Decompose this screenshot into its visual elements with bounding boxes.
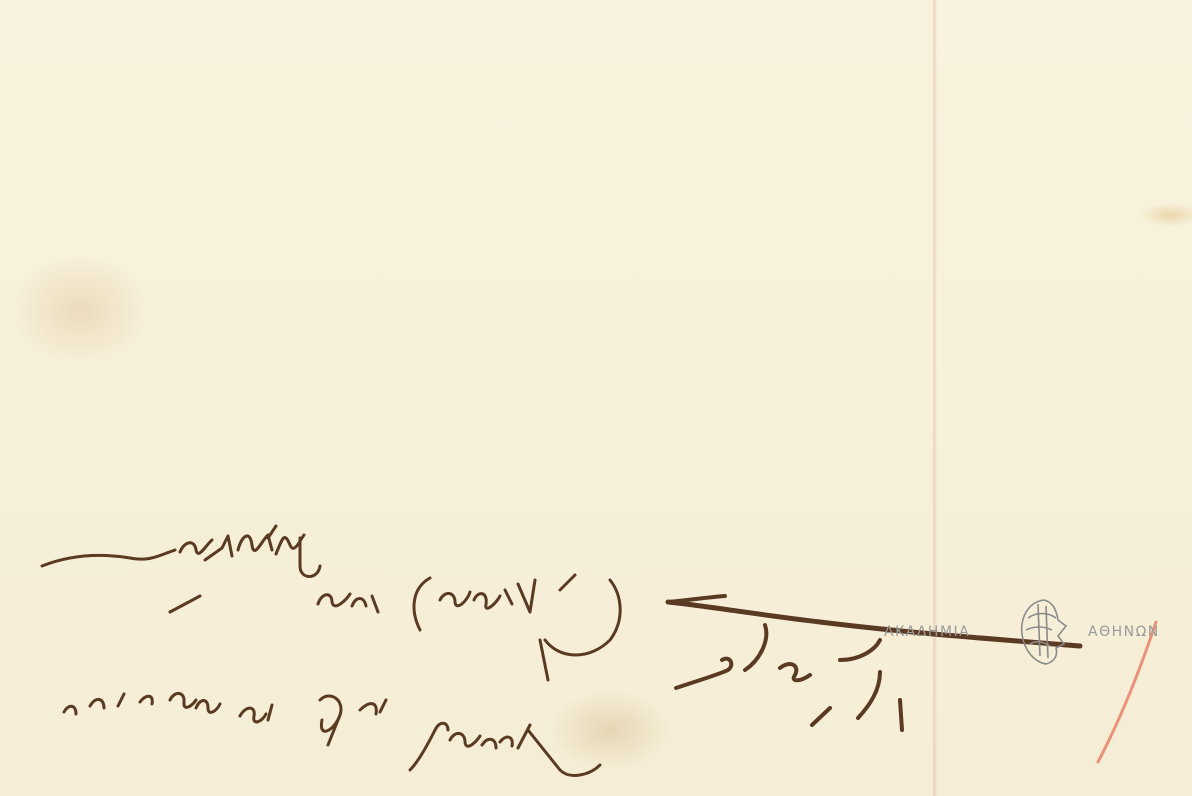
watermark-left-text: ΑΚΑΔΗΜΙΑ — [884, 624, 970, 640]
handwriting-line-1 — [42, 526, 320, 612]
watermark-right-text: ΑΘΗΝΩΝ — [1088, 624, 1160, 640]
handwriting-line-4 — [64, 693, 600, 775]
handwriting-ink — [0, 0, 1192, 796]
academy-of-athens-watermark: ΑΚΑΔΗΜΙΑ ΑΘΗΝΩΝ — [884, 596, 1184, 668]
handwriting-line-2 — [318, 575, 620, 680]
athena-head-icon — [1014, 596, 1076, 668]
